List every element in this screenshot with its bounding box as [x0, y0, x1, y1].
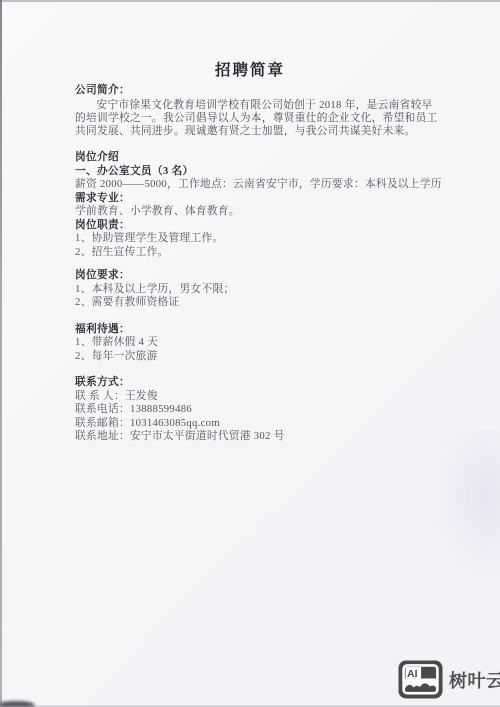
benefit-item-1: 1、带薪休假 4 天 — [75, 336, 441, 350]
section-heading-position-intro: 岗位介绍 — [75, 151, 441, 165]
majors-line: 学前教育、小学教育、体育教育。 — [75, 205, 441, 219]
scan-edge-left — [0, 0, 2, 707]
section-heading-contact: 联系方式： — [75, 376, 441, 390]
scan-edge-top — [0, 0, 500, 2]
requirement-item-2: 2、需要有教师资格证 — [75, 296, 441, 310]
job-title: 一、办公室文员（3 名） — [75, 165, 441, 179]
benefit-item-2: 2、每年一次旅游 — [75, 350, 441, 364]
section-heading-company-intro: 公司简介： — [75, 84, 441, 98]
contact-person-line: 联 系 人：王发俊 — [75, 390, 441, 404]
requirement-item-1: 1、本科及以上学历，男女不限； — [75, 283, 441, 297]
duty-item-1: 1、协助管理学生及管理工作。 — [75, 232, 441, 246]
salary-location-line: 薪资 2000——5000，工作地点：云南省安宁市，学历要求：本科及以上学历 — [75, 178, 441, 192]
scan-smudge-bottom-left — [0, 701, 34, 707]
contact-email-line: 联系邮箱：1031463085qq.com — [75, 417, 441, 431]
section-heading-duties: 岗位职责： — [75, 219, 441, 233]
shuyeyun-logo-icon: AI — [398, 660, 443, 699]
document-title: 招聘简章 — [0, 58, 500, 80]
scanned-document-page: 招聘简章 公司简介： 安宁市徐果文化教育培训学校有限公司始创于 2018 年，是… — [0, 0, 500, 707]
svg-text:AI: AI — [407, 668, 418, 680]
company-intro-paragraph: 安宁市徐果文化教育培训学校有限公司始创于 2018 年，是云南省较早的培训学校之… — [75, 99, 441, 137]
scan-tint-right — [430, 430, 500, 590]
contact-phone-line: 联系电话：13888599486 — [75, 403, 441, 417]
document-body: 公司简介： 安宁市徐果文化教育培训学校有限公司始创于 2018 年，是云南省较早… — [75, 84, 441, 444]
section-heading-benefits: 福利待遇： — [75, 323, 441, 337]
watermark-brand-text: 树叶云 — [449, 667, 500, 693]
section-heading-majors: 需求专业： — [75, 192, 441, 206]
section-heading-requirements: 岗位要求： — [75, 269, 441, 283]
watermark: AI 树叶云 — [398, 660, 500, 699]
contact-address-line: 联系地址：安宁市太平街道时代贸港 302 号 — [75, 430, 441, 444]
duty-item-2: 2、招生宣传工作。 — [75, 246, 441, 260]
